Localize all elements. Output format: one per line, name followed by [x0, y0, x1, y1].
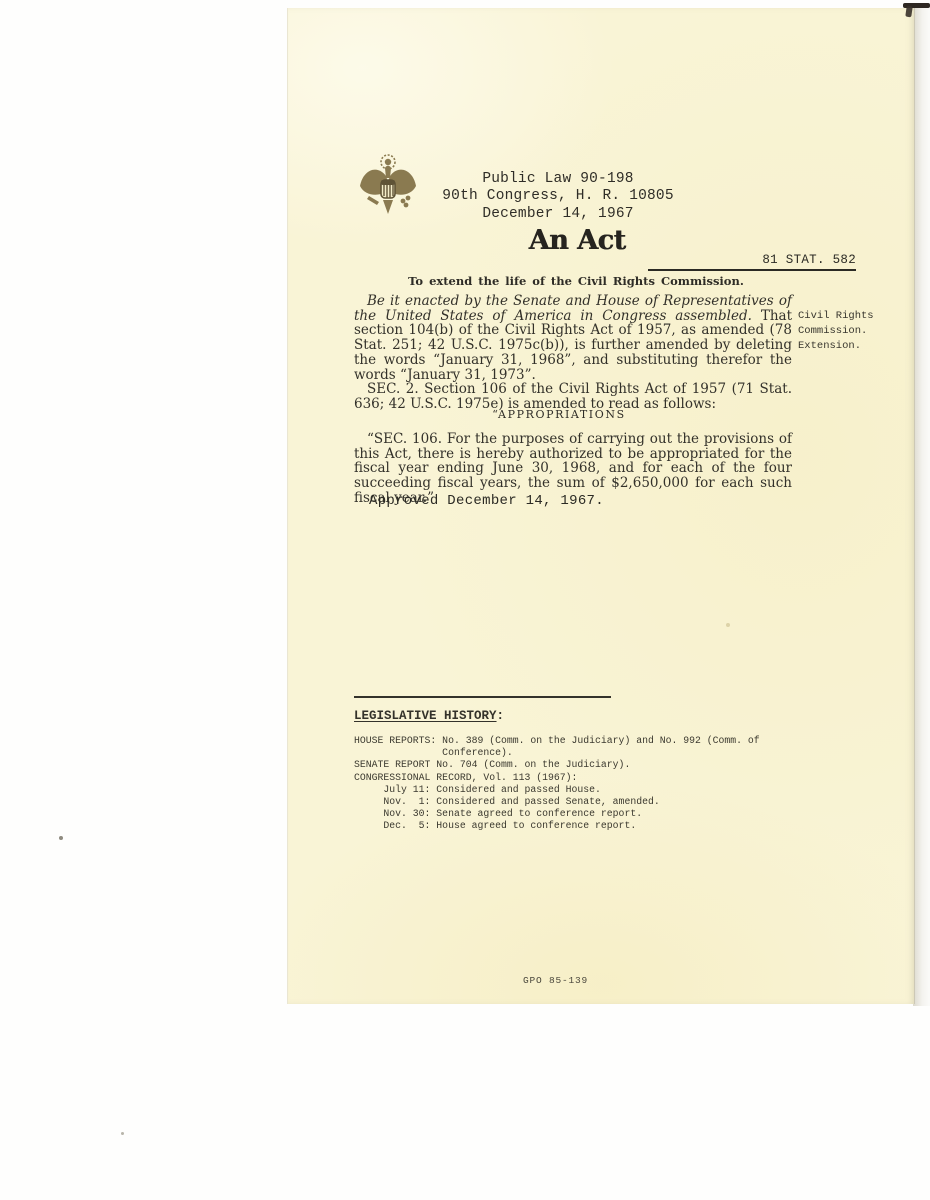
legislative-history-list: HOUSE REPORTS: No. 389 (Comm. on the Jud…: [354, 735, 760, 833]
scan-edge-shadow: [913, 6, 930, 1006]
history-line-congressional-record: CONGRESSIONAL RECORD, Vol. 113 (1967):: [354, 772, 760, 784]
history-line-nov-30: Nov. 30: Senate agreed to conference rep…: [354, 808, 760, 820]
scan-speck: [121, 1132, 124, 1135]
legislative-history-heading: LEGISLATIVE HISTORY:: [354, 709, 504, 723]
gpo-print-code: GPO 85-139: [523, 975, 588, 986]
scan-speck: [59, 836, 63, 840]
legislative-history-heading-colon: :: [497, 709, 505, 723]
act-subtitle: To extend the life of the Civil Rights C…: [326, 274, 826, 288]
enacting-clause-italic: Be it enacted by the Senate and House of…: [354, 293, 792, 324]
margin-note-line: Commission.: [798, 324, 910, 339]
statute-citation: 81 STAT. 582: [648, 253, 856, 271]
congress-bill-number: 90th Congress, H. R. 10805: [408, 188, 708, 205]
scan-speck: [726, 623, 730, 627]
history-line-dec-5: Dec. 5: House agreed to conference repor…: [354, 820, 760, 832]
document-paper: Public Law 90-198 90th Congress, H. R. 1…: [287, 8, 915, 1004]
history-line-senate-report: SENATE REPORT No. 704 (Comm. on the Judi…: [354, 759, 760, 771]
legislative-history-heading-text: LEGISLATIVE HISTORY: [354, 709, 497, 723]
margin-note-line: Civil Rights: [798, 309, 910, 324]
scanned-document-page: { "document": { "header": { "line1": "Pu…: [0, 0, 930, 1200]
approved-line: Approved December 14, 1967.: [369, 493, 604, 509]
history-line-nov-1: Nov. 1: Considered and passed Senate, am…: [354, 796, 760, 808]
margin-note: Civil Rights Commission. Extension.: [798, 309, 910, 354]
history-line-house-reports-cont: Conference).: [354, 747, 760, 759]
act-body-text: Be it enacted by the Senate and House of…: [354, 294, 792, 412]
law-header: Public Law 90-198 90th Congress, H. R. 1…: [408, 171, 708, 223]
appropriations-heading: “APPROPRIATIONS: [334, 408, 784, 421]
history-line-house-reports: HOUSE REPORTS: No. 389 (Comm. on the Jud…: [354, 735, 760, 747]
history-line-july-11: July 11: Considered and passed House.: [354, 784, 760, 796]
margin-note-line: Extension.: [798, 339, 910, 354]
enacting-clause-paragraph: Be it enacted by the Senate and House of…: [354, 294, 792, 382]
legislative-history-rule: [354, 696, 611, 698]
enactment-date: December 14, 1967: [408, 206, 708, 223]
act-title: An Act: [452, 225, 702, 256]
public-law-number: Public Law 90-198: [408, 171, 708, 188]
